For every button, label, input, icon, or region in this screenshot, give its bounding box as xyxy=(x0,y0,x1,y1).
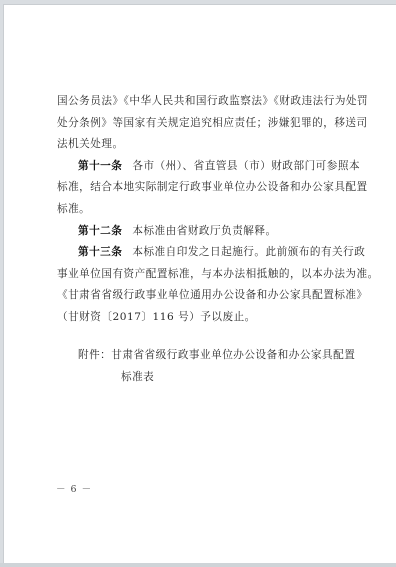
article-11-first-line: 第十一条各市（州）、省直管县（市）财政部门可参照本 xyxy=(57,156,349,178)
attachment-first-line: 附件：甘肃省省级行政事业单位办公设备和办公家具配置 xyxy=(78,345,358,367)
text-line: 标准。 xyxy=(57,199,349,221)
text-line: 标准，结合本地实际制定行政事业单位办公设备和办公家具配置 xyxy=(57,177,349,199)
attachment-title-continuation: 标准表 xyxy=(78,367,358,389)
attachment-title: 甘肃省省级行政事业单位办公设备和办公家具配置 xyxy=(111,349,355,361)
document-page: 国公务员法》《中华人民共和国行政监察法》《财政违法行为处罚 处分条例》等国家有关… xyxy=(3,4,396,564)
article-11-heading: 第十一条 xyxy=(78,160,122,172)
attachment-label: 附件： xyxy=(78,349,111,361)
article-12-heading: 第十二条 xyxy=(78,225,122,237)
article-12-first-line: 第十二条本标准由省财政厅负责解释。 xyxy=(57,221,349,243)
text-line: 本标准自印发之日起施行。此前颁布的有关行政 xyxy=(132,246,365,258)
text-line: 各市（州）、省直管县（市）财政部门可参照本 xyxy=(132,160,360,172)
text-line: 处分条例》等国家有关规定追究相应责任；涉嫌犯罪的，移送司 xyxy=(57,113,349,135)
text-line: 《甘肃省省级行政事业单位通用办公设备和办公家具配置标准》 xyxy=(57,285,349,307)
text-line: 事业单位国有资产配置标准，与本办法相抵触的，以本办法为准。 xyxy=(57,264,349,286)
text-line: （甘财资〔2017〕116 号）予以废止。 xyxy=(57,307,349,329)
viewer-bottom-edge xyxy=(0,563,396,567)
text-line: 法机关处理。 xyxy=(57,134,349,156)
text-line: 本标准由省财政厅负责解释。 xyxy=(132,225,276,237)
document-body: 国公务员法》《中华人民共和国行政监察法》《财政违法行为处罚 处分条例》等国家有关… xyxy=(57,91,349,329)
attachment-note: 附件：甘肃省省级行政事业单位办公设备和办公家具配置 标准表 xyxy=(78,345,358,388)
text-line: 国公务员法》《中华人民共和国行政监察法》《财政违法行为处罚 xyxy=(57,91,349,113)
page-number: － 6 － xyxy=(56,481,92,495)
article-13-heading: 第十三条 xyxy=(78,246,122,258)
article-13-first-line: 第十三条本标准自印发之日起施行。此前颁布的有关行政 xyxy=(57,242,349,264)
